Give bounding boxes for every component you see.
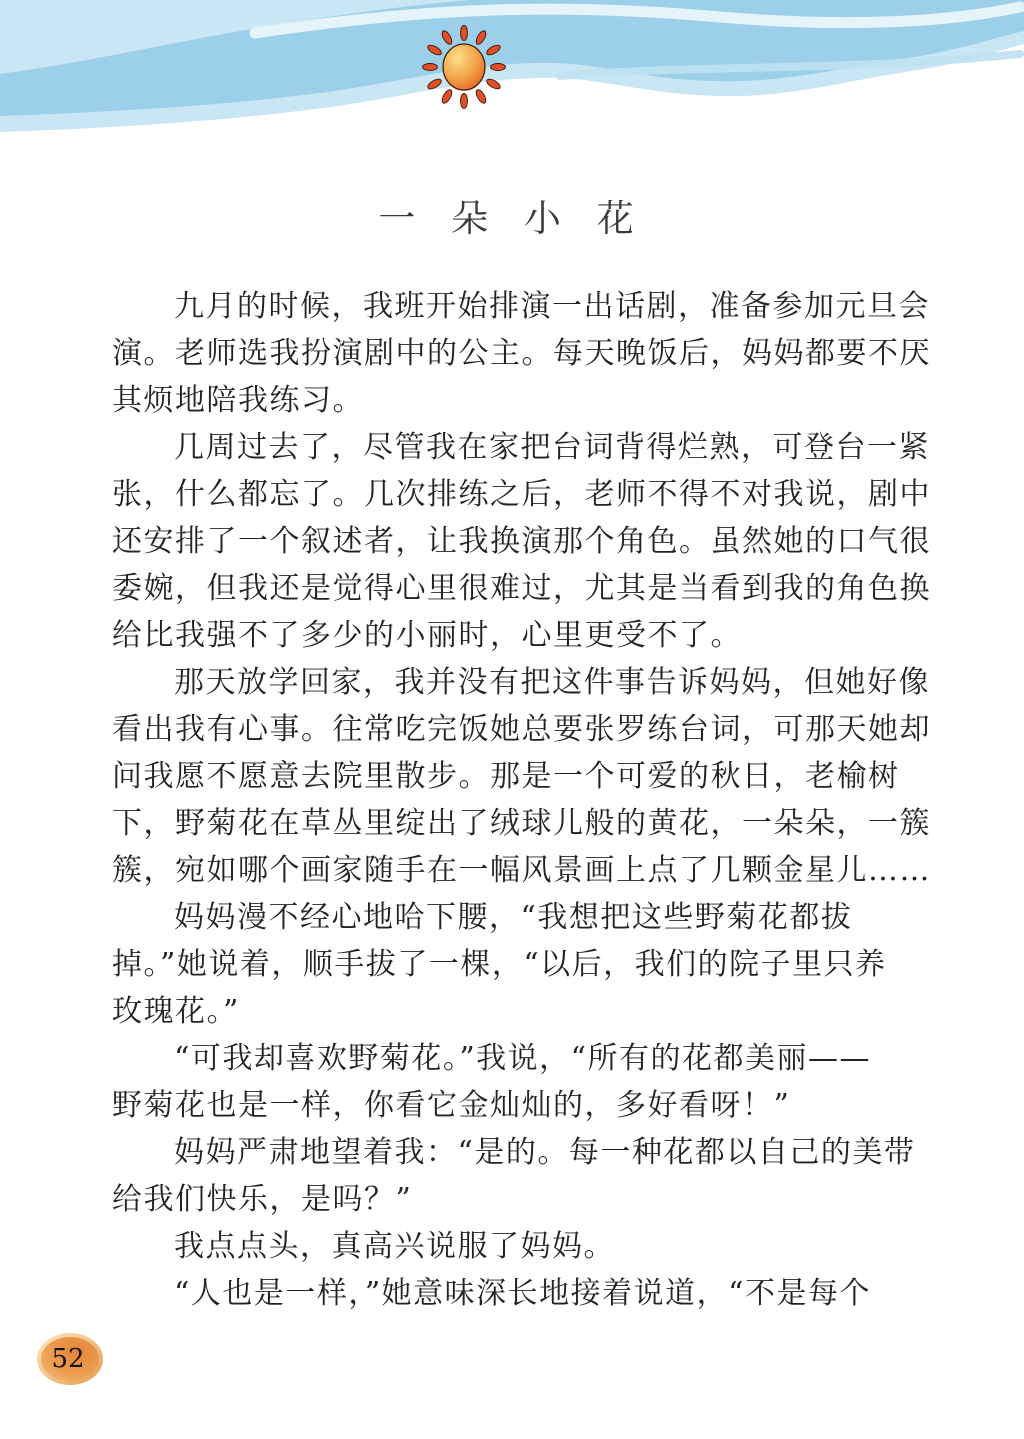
text-line: 委婉，但我还是觉得心里很难过，尤其是当看到我的角色换 xyxy=(112,565,917,612)
text-line: 演。老师选我扮演剧中的公主。每天晚饭后，妈妈都要不厌 xyxy=(112,330,917,377)
text-line: 掉。”她说着，顺手拔了一棵，“以后，我们的院子里只养 xyxy=(112,941,917,988)
text-line: 簇，宛如哪个画家随手在一幅风景画上点了几颗金星儿…… xyxy=(112,847,917,894)
text-line: “可我却喜欢野菊花。”我说，“所有的花都美丽—— xyxy=(112,1035,917,1082)
text-line: 看出我有心事。往常吃完饭她总要张罗练台词，可那天她却 xyxy=(112,706,917,753)
text-line: 其烦地陪我练习。 xyxy=(112,377,917,424)
text-line: 下，野菊花在草丛里绽出了绒球儿般的黄花，一朵朵，一簇 xyxy=(112,800,917,847)
header-wave-svg xyxy=(0,0,1024,150)
text-line: 给我们快乐，是吗？” xyxy=(112,1176,917,1223)
page-number-badge-inner: 52 xyxy=(41,1337,99,1381)
text-line: 妈妈漫不经心地哈下腰，“我想把这些野菊花都拔 xyxy=(112,894,917,941)
text-line: 还安排了一个叙述者，让我换演那个角色。虽然她的口气很 xyxy=(112,518,917,565)
text-line: 妈妈严肃地望着我：“是的。每一种花都以自己的美带 xyxy=(112,1129,917,1176)
text-line: 那天放学回家，我并没有把这件事告诉妈妈，但她好像 xyxy=(112,659,917,706)
text-line: 给比我强不了多少的小丽时，心里更受不了。 xyxy=(112,612,917,659)
page-number: 52 xyxy=(51,1346,84,1372)
text-line: 几周过去了，尽管我在家把台词背得烂熟，可登台一紧 xyxy=(112,424,917,471)
text-line: “人也是一样，”她意味深长地接着说道，“不是每个 xyxy=(112,1270,917,1317)
story-text: 九月的时候，我班开始排演一出话剧，准备参加元旦会 演。老师选我扮演剧中的公主。每… xyxy=(112,283,917,1317)
text-line: 我点点头，真高兴说服了妈妈。 xyxy=(112,1223,917,1270)
textbook-page: 一 朵 小 花 九月的时候，我班开始排演一出话剧，准备参加元旦会 演。老师选我扮… xyxy=(0,0,1024,1439)
text-line: 张，什么都忘了。几次排练之后，老师不得不对我说，剧中 xyxy=(112,471,917,518)
page-number-badge: 52 xyxy=(37,1333,103,1385)
text-line: 九月的时候，我班开始排演一出话剧，准备参加元旦会 xyxy=(112,283,917,330)
text-line: 问我愿不愿意去院里散步。那是一个可爱的秋日，老榆树 xyxy=(112,753,917,800)
text-line: 野菊花也是一样，你看它金灿灿的，多好看呀！” xyxy=(112,1082,917,1129)
text-line: 玫瑰花。” xyxy=(112,988,917,1035)
page-title: 一 朵 小 花 xyxy=(0,188,1024,242)
header-wave-decoration xyxy=(0,0,1024,150)
